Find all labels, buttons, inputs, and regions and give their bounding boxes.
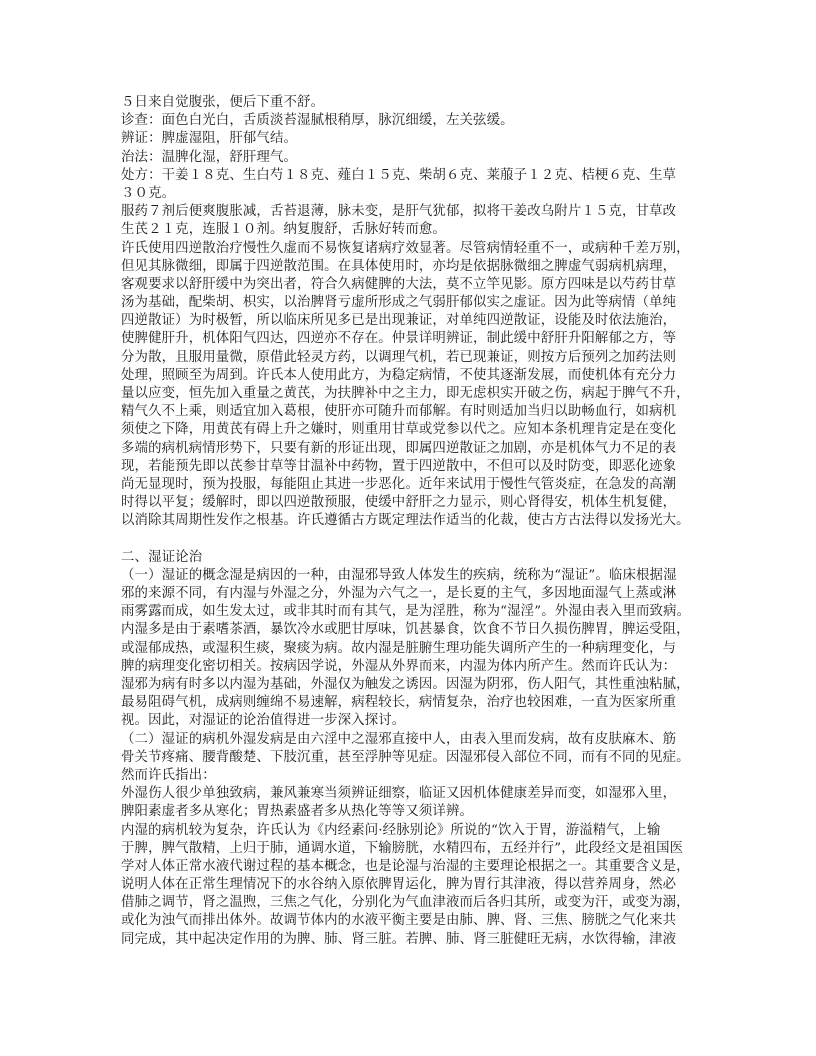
treatment-method-line: 治法：温脾化湿，舒肝理气。 (121, 149, 711, 167)
text-line: 骨关节疼痛、腰背酸楚、下肢沉重，甚至浮肿等见症。因湿邪侵入部位不同，而有不同的见… (121, 749, 711, 767)
text-line: 最易阻碍气机，成病则缠绵不易速解，病程较长，病情复杂，治疗也较困难，一直为医家所… (121, 694, 711, 712)
document-page: ５日来自觉腹张，便后下重不舒。 诊查：面色白光白，舌质淡苔湿腻根稍厚，脉沉细缓，… (121, 94, 711, 949)
text-line: 或化为浊气而排出体外。故调节体内的水液平衡主要是由肺、脾、肾、三焦、膀胱之气化来… (121, 912, 711, 930)
text-line: 视。因此，对湿证的论治值得进一步深入探讨。 (121, 712, 711, 730)
differentiation-line: 辨证：脾虚湿阻，肝郁气结。 (121, 130, 711, 148)
text-line: 时得以平复；缓解时，即以四逆散预服，使缓中舒肝之力显示，则心肾得安，机体生机复健… (121, 494, 711, 512)
text-line: 外湿伤人很少单独致病，兼风兼寒当须辨证细察，临证又因机体健康差异而变，如湿邪入里… (121, 785, 711, 803)
text-line: 然而许氏指出： (121, 767, 711, 785)
text-line: 处理，照顾至为周到。许氏本人使用此方，为稳定病情，不使其逐渐发展，而使机体有充分… (121, 367, 711, 385)
prescription-line-cont: ３０克。 (121, 185, 711, 203)
text-line: 现，若能预先即以芪参甘草等甘温补中药物，置于四逆散中，不但可以及时防变，即恶化迹… (121, 458, 711, 476)
case-record: ５日来自觉腹张，便后下重不舒。 诊查：面色白光白，舌质淡苔湿腻根稍厚，脉沉细缓，… (121, 94, 711, 240)
section-dampness: 二、湿证论治 （一）湿证的概念湿是病因的一种，由湿邪导致人体发生的疾病，统称为“… (121, 549, 711, 949)
text-line: 邪的来源不同，有内湿与外湿之分，外湿为六气之一，是长夏的主气，多因地面湿气上蒸或… (121, 585, 711, 603)
text-line: 分为散，且服用量微，原借此轻灵方药，以调理气机，若已现兼证，则按方后预列之加药法… (121, 349, 711, 367)
paragraph-spacer (121, 531, 711, 549)
text-line: 说明人体在正常生理情况下的水谷纳入原依脾胃运化，脾为胃行其津液，得以营养周身，然… (121, 876, 711, 894)
text-line: 于脾，脾气散精，上归于肺，通调水道，下输膀胱，水精四布，五经并行”，此段经文是祖… (121, 840, 711, 858)
text-line: 使脾健肝升，机体阳气四达，四逆亦不存在。仲景详明辨证，制此缓中舒肝升阳解郁之方，… (121, 330, 711, 348)
follow-up-line-cont: 生芪２１克，连服１０剂。纳复腹舒，舌脉好转而愈。 (121, 221, 711, 239)
text-line: 须使之下降，用黄芪有碍上升之嫌时，则重用甘草或党参以代之。应知本条机理肯定是在变… (121, 421, 711, 439)
text-line: 许氏使用四逆散治疗慢性久虚而不易恢复诸病疗效显著。尽管病情轻重不一，或病种千差万… (121, 240, 711, 258)
text-line: 借肺之调节，肾之温煦，三焦之气化，分别化为气血津液而后各归其所，或变为汗，或变为… (121, 894, 711, 912)
text-line: 脾的病理变化密切相关。按病因学说，外湿从外界而来，内湿为体内所产生。然而许氏认为… (121, 658, 711, 676)
text-line: 尚无显现时，预为投服，每能阻止其进一步恶化。近年来试用于慢性气管炎症，在急发的高… (121, 476, 711, 494)
follow-up-line: 服药７剂后便爽腹胀减，舌苔退薄，脉未变，是肝气犹郁，拟将干姜改乌附片１５克，甘草… (121, 203, 711, 221)
text-line: 以消除其周期性发作之根基。许氏遵循古方既定理法作适当的化裁，使古方古法得以发扬光… (121, 512, 711, 530)
text-line: 同完成，其中起决定作用的为脾、肺、肾三脏。若脾、肺、肾三脏健旺无病，水饮得输，津… (121, 931, 711, 949)
text-line: （二）湿证的病机外湿发病是由六淫中之湿邪直接中人，由表入里而发病，故有皮肤麻木、… (121, 731, 711, 749)
section-heading: 二、湿证论治 (121, 549, 711, 567)
case-onset-line: ５日来自觉腹张，便后下重不舒。 (121, 94, 711, 112)
text-line: 量以应变，恒先加入重量之黄芪，为扶脾补中之主力，即无虑枳实开破之伤，病起于脾气不… (121, 385, 711, 403)
text-line: 雨雾露而成，如生发太过，或非其时而有其气，是为淫胜，称为“湿淫”。外湿由表入里而… (121, 603, 711, 621)
text-line: 学对人体正常水液代谢过程的基本概念，也是论湿与治湿的主要理论根据之一。其重要含义… (121, 858, 711, 876)
diagnosis-line: 诊查：面色白光白，舌质淡苔湿腻根稍厚，脉沉细缓，左关弦缓。 (121, 112, 711, 130)
text-line: 内湿多是由于素嗜茶酒，暴饮冷水或肥甘厚味，饥甚暴食，饮食不节日久损伤脾胃，脾运受… (121, 621, 711, 639)
text-line: 但见其脉微细，即属于四逆散范围。在具体使用时，亦均是依据脉微细之脾虚气弱病机病理… (121, 258, 711, 276)
text-line: （一）湿证的概念湿是病因的一种，由湿邪导致人体发生的疾病，统称为“湿证”。临床根… (121, 567, 711, 585)
commentary-paragraph: 许氏使用四逆散治疗慢性久虚而不易恢复诸病疗效显著。尽管病情轻重不一，或病种千差万… (121, 240, 711, 531)
text-line: 多端的病机病情形势下，只要有新的形证出现，即属四逆散证之加剧，亦是机体气力不足的… (121, 440, 711, 458)
text-line: 湿邪为病有时多以内湿为基础，外湿仅为触发之诱因。因湿为阴邪，伤人阳气，其性重浊粘… (121, 676, 711, 694)
prescription-line: 处方：干姜１８克、生白芍１８克、薤白１５克、柴胡６克、莱菔子１２克、桔梗６克、生… (121, 167, 711, 185)
text-line: 或湿郁成热，或湿积生痰，聚痰为病。故内湿是脏腑生理功能失调所产生的一种病理变化，… (121, 640, 711, 658)
text-line: 精气久不上乘，则适宜加入葛根，使肝亦可随升而郁解。有时则适加当归以助畅血行，如病… (121, 403, 711, 421)
text-line: 客观要求以舒肝缓中为突出者，符合久病健脾的大法，莫不立竿见影。原方四味是以芍药甘… (121, 276, 711, 294)
text-line: 汤为基础，配柴胡、枳实，以治脾肾亏虚所形成之气弱肝郁似实之虚证。因为此等病情（单… (121, 294, 711, 312)
text-line: 脾阳素虚者多从寒化；胃热素盛者多从热化等等又须详辨。 (121, 803, 711, 821)
text-line: 四逆散证）为时极暂，所以临床所见多已是出现兼证，对单纯四逆散证，设能及时依法施治… (121, 312, 711, 330)
text-line: 内湿的病机较为复杂，许氏认为《内经素问·经脉别论》所说的“饮入于胃，游溢精气，上… (121, 822, 711, 840)
